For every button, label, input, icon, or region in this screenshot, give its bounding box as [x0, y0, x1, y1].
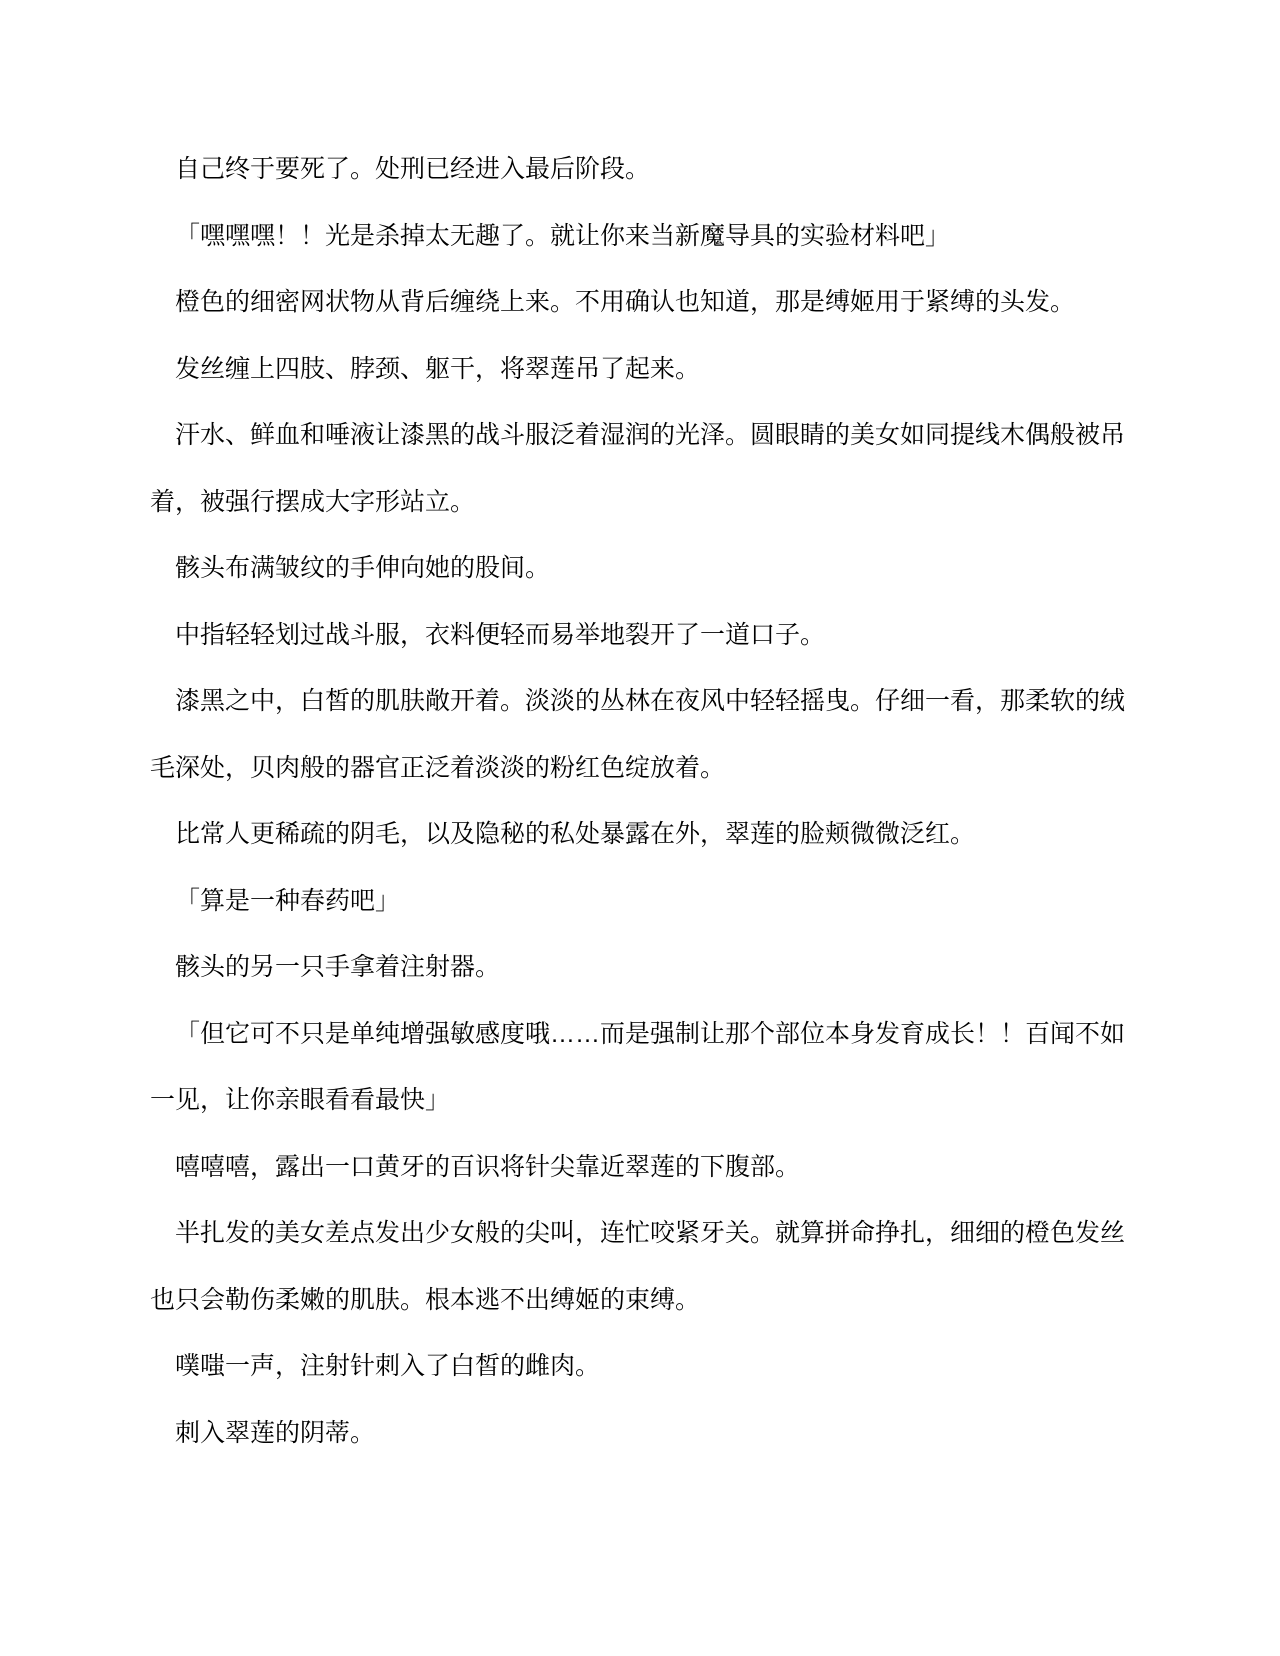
paragraph: 嘻嘻嘻，露出一口黄牙的百识将针尖靠近翠莲的下腹部。 — [150, 1134, 1130, 1201]
paragraph: 中指轻轻划过战斗服，衣料便轻而易举地裂开了一道口子。 — [150, 602, 1130, 669]
paragraph: 比常人更稀疏的阴毛，以及隐秘的私处暴露在外，翠莲的脸颊微微泛红。 — [150, 801, 1130, 868]
paragraph: 发丝缠上四肢、脖颈、躯干，将翠莲吊了起来。 — [150, 336, 1130, 403]
paragraph: 骸头布满皱纹的手伸向她的股间。 — [150, 535, 1130, 602]
document-page: 自己终于要死了。处刑已经进入最后阶段。「嘿嘿嘿！！光是杀掉太无趣了。就让你来当新… — [0, 0, 1280, 1466]
paragraph: 「但它可不只是单纯增强敏感度哦……而是强制让那个部位本身发育成长！！百闻不如一见… — [150, 1001, 1130, 1134]
paragraph: 橙色的细密网状物从背后缠绕上来。不用确认也知道，那是缚姬用于紧缚的头发。 — [150, 269, 1130, 336]
paragraph: 漆黑之中，白皙的肌肤敞开着。淡淡的丛林在夜风中轻轻摇曳。仔细一看，那柔软的绒毛深… — [150, 668, 1130, 801]
paragraph: 半扎发的美女差点发出少女般的尖叫，连忙咬紧牙关。就算拼命挣扎，细细的橙色发丝也只… — [150, 1200, 1130, 1333]
paragraph: 「嘿嘿嘿！！光是杀掉太无趣了。就让你来当新魔导具的实验材料吧」 — [150, 203, 1130, 270]
paragraph: 刺入翠莲的阴蒂。 — [150, 1400, 1130, 1467]
paragraph: 骸头的另一只手拿着注射器。 — [150, 934, 1130, 1001]
paragraph: 噗嗤一声，注射针刺入了白皙的雌肉。 — [150, 1333, 1130, 1400]
paragraph: 「算是一种春药吧」 — [150, 868, 1130, 935]
paragraph: 汗水、鲜血和唾液让漆黑的战斗服泛着湿润的光泽。圆眼睛的美女如同提线木偶般被吊着，… — [150, 402, 1130, 535]
paragraph-list: 自己终于要死了。处刑已经进入最后阶段。「嘿嘿嘿！！光是杀掉太无趣了。就让你来当新… — [150, 136, 1130, 1466]
paragraph: 自己终于要死了。处刑已经进入最后阶段。 — [150, 136, 1130, 203]
